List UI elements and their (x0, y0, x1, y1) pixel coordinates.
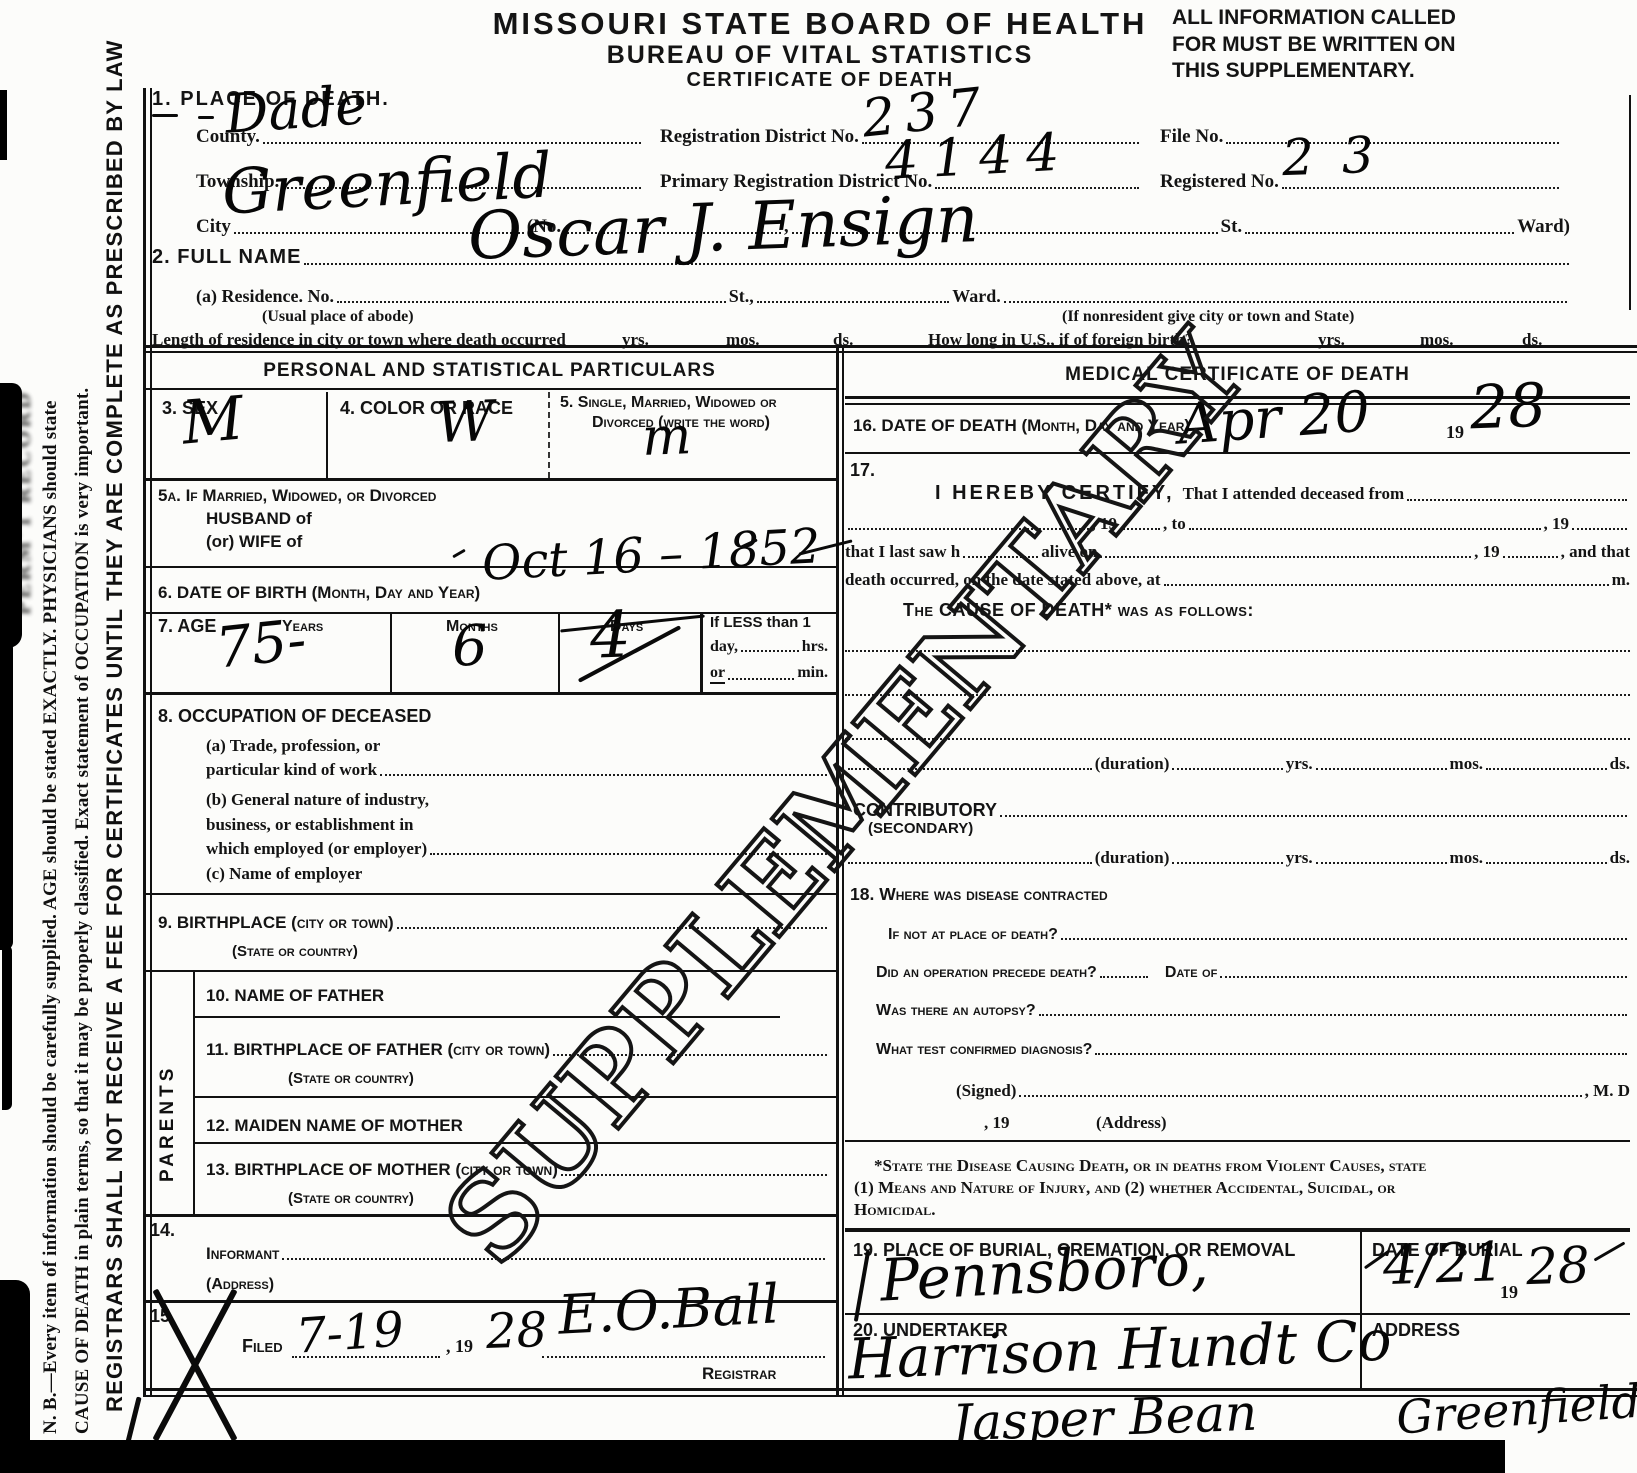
duration2-lead-field (848, 860, 1092, 864)
duration2-yrs-label: yrs. (1286, 848, 1313, 868)
signed-address-label: (Address) (1096, 1113, 1167, 1133)
cause-of-death-label: The CAUSE OF DEATH* was as follows: (903, 600, 1254, 621)
registration-district-label: Registration District No. (660, 126, 859, 148)
contributory-field (1000, 813, 1627, 817)
occupation-b-line3: which employed (or employer) (206, 839, 427, 859)
secondary-label: (SECONDARY) (868, 820, 973, 837)
certify-19-a: , 19 (1092, 514, 1118, 534)
ds-label: ds. (833, 330, 853, 350)
cause-field-line2 (845, 676, 1630, 696)
father-name-label: 10. NAME OF FATHER (206, 986, 384, 1006)
burial-year-value: 28 (1525, 1243, 1590, 1290)
occupation-a-field (380, 772, 827, 776)
pen-mark (152, 114, 178, 117)
divider (143, 1214, 836, 1217)
occupation-heading: 8. OCCUPATION OF DECEASED (158, 706, 431, 727)
occupation-b-line2: business, or establishment in (206, 815, 414, 835)
scan-artifact (0, 1280, 30, 1460)
less-min-field (728, 676, 794, 680)
age-label: 7. AGE (158, 616, 216, 637)
residence-st-label: St., (729, 286, 754, 307)
scan-artifact (0, 383, 22, 648)
divider (143, 351, 1637, 353)
full-name-label: 2. FULL NAME (152, 246, 301, 269)
not-at-place-label: If not at place of death? (888, 926, 1058, 944)
scan-artifact-bottom-bar (0, 1440, 1505, 1473)
cell-divider (558, 614, 560, 692)
duration-mos-label: mos. (1450, 754, 1484, 774)
duration-ds-field (1486, 766, 1607, 770)
residence-label: (a) Residence. No. (196, 286, 334, 307)
divider (195, 1096, 836, 1098)
yrs-label-2: yrs. (1318, 330, 1345, 350)
operation-label: Did an operation precede death? (876, 964, 1097, 982)
divider (195, 1142, 836, 1144)
footnote-line2: (1) Means and Nature of Injury, and (2) … (854, 1178, 1395, 1198)
father-birthplace-label: 11. BIRTHPLACE OF FATHER (city or town) (206, 1040, 550, 1060)
mos-label: mos. (726, 330, 760, 350)
certify-year-b-field (1572, 526, 1627, 530)
informant-address-label: (Address) (206, 1276, 274, 1294)
death-certificate-scan: SUPPLEMENTARY PERM'T RECORD N. B.—Every … (0, 0, 1637, 1473)
page-subtitle: BUREAU OF VITAL STATISTICS (470, 41, 1170, 70)
duration2-label: (duration) (1095, 848, 1170, 868)
column-divider-inner (842, 348, 844, 1396)
mother-birthplace-label: 13. BIRTHPLACE OF MOTHER (city or town) (206, 1160, 558, 1180)
duration2-yrs-field (1172, 860, 1282, 864)
cause-field-line1 (845, 632, 1630, 652)
filed-year-value: 28 (485, 1309, 548, 1354)
date-of-death-year-printed: 19 (1446, 422, 1464, 443)
date-of-death-value: Apr 20 (1176, 387, 1371, 451)
primary-district-value: 4144 (884, 129, 1075, 186)
certify-year-c-field (1503, 554, 1558, 558)
date-of-birth-value: Oct 16 – 1852 (481, 525, 821, 586)
signed-field (1019, 1093, 1581, 1097)
cause-field-line3 (845, 720, 1630, 740)
duration2-ds-field (1486, 860, 1607, 864)
father-birthplace-state-label: (State or country) (288, 1070, 414, 1087)
certify-to-label: , to (1163, 514, 1186, 534)
footnote-line1: *State the Disease Causing Death, or in … (874, 1156, 1426, 1176)
less-hrs-label: hrs. (802, 638, 828, 656)
age-years-value: 75- (214, 615, 309, 675)
last-saw-field (963, 554, 1038, 558)
duration-yrs-field (1172, 766, 1282, 770)
pen-mark (1594, 1241, 1626, 1261)
divider (143, 692, 836, 695)
margin-note-nb-2: CAUSE OF DEATH in plain terms, so that i… (72, 388, 94, 1434)
filed-date-value: 7-19 (295, 1308, 406, 1359)
divider (845, 1140, 1630, 1142)
birthplace-state-label: (State or country) (232, 943, 358, 960)
duration2-mos-label: mos. (1450, 848, 1484, 868)
divider (143, 478, 836, 481)
duration2-mos-field (1316, 860, 1447, 864)
margin-note-nb-1: N. B.—Every item of information should b… (40, 400, 62, 1434)
signed-year-label: , 19 (984, 1113, 1010, 1133)
footnote-line3: Homicidal. (854, 1200, 935, 1220)
informant-label: Informant (206, 1244, 279, 1264)
city-st-label: St. (1221, 216, 1243, 238)
residence-st-field (757, 299, 949, 303)
disease-contracted-label: 18. Where was disease contracted (850, 884, 1108, 905)
less-day-label: day, (710, 638, 738, 656)
test-confirmed-label: What test confirmed diagnosis? (876, 1041, 1092, 1059)
last-saw-label: that I last saw h (845, 542, 960, 562)
birthplace-label: 9. BIRTHPLACE (city or town) (158, 913, 394, 933)
registrar-label: Registrar (702, 1364, 776, 1384)
certify-number: 17. (850, 460, 875, 481)
m-label: m. (1612, 570, 1630, 590)
informant-number: 14. (150, 1220, 175, 1241)
filed-year-printed: , 19 (446, 1336, 473, 1357)
file-no-label: File No. (1160, 126, 1223, 148)
residence-no-field (337, 299, 726, 303)
form-name: CERTIFICATE OF DEATH (470, 69, 1170, 92)
date-of-burial-value: 4/21 (1382, 1238, 1505, 1291)
and-that-label: , and that (1561, 542, 1630, 562)
informant-field (282, 1256, 825, 1260)
full-name-value: Oscar J. Ensign (467, 189, 979, 266)
certify-bold-label: I HEREBY CERTIFY, (935, 482, 1175, 505)
operation-date-label: Date of (1165, 964, 1217, 982)
wife-of-label: (or) WIFE of (206, 532, 302, 552)
county-value: Dade (223, 81, 368, 139)
operation-date-field (1220, 974, 1627, 978)
cell-divider (548, 392, 550, 478)
certify-from-field (1407, 497, 1627, 501)
color-race-value: W (435, 397, 494, 449)
parents-box-divider (193, 970, 195, 1216)
mother-birthplace-field (561, 1172, 827, 1176)
certify-rest-label: That I attended deceased from (1183, 484, 1405, 504)
sex-value: M (180, 391, 246, 450)
if-married-label: 5a. If Married, Widowed, or Divorced (158, 486, 436, 506)
form-left-border-inner (150, 88, 152, 1396)
abode-note: (Usual place of abode) (262, 308, 414, 326)
birthplace-field (397, 925, 827, 929)
cell-divider (326, 392, 328, 478)
undertaker-value: Harrison Hundt Co (847, 1317, 1392, 1386)
age-months-value: 6 (451, 621, 488, 673)
if-less-label: If LESS than 1 (710, 614, 811, 631)
certify-to-date-field (1189, 526, 1541, 530)
date-of-birth-label: 6. DATE OF BIRTH (Month, Day and Year) (158, 583, 480, 603)
filed-label: Filed (242, 1336, 283, 1357)
place-of-burial-value: Pennsboro, (879, 1237, 1210, 1306)
date-of-death-label: 16. DATE OF DEATH (Month, Day and Year) (853, 416, 1190, 436)
father-birthplace-field (553, 1052, 827, 1056)
column-divider (836, 348, 839, 1396)
divider-heavy (845, 1228, 1630, 1232)
personal-particulars-heading: PERSONAL AND STATISTICAL PARTICULARS (143, 360, 836, 382)
city-ward-label: Ward) (1517, 216, 1570, 238)
certify-from-date-field (848, 526, 1089, 530)
occupation-b-field (430, 851, 827, 855)
autopsy-label: Was there an autopsy? (876, 1002, 1036, 1020)
less-or-label: or (710, 664, 725, 684)
duration-lead-field (848, 766, 1092, 770)
scan-artifact (0, 640, 13, 950)
registered-no-value: 23 (1281, 132, 1402, 181)
date-of-death-year-value: 28 (1469, 379, 1547, 436)
less-min-label: min. (797, 664, 828, 682)
duration-mos-field (1316, 766, 1447, 770)
contributory-label: CONTRIBUTORY (853, 800, 997, 821)
header-side-note-line1: ALL INFORMATION CALLED (1172, 6, 1456, 30)
death-occurred-label: death occurred, on the date stated above… (845, 570, 1161, 590)
cell-divider (390, 614, 392, 692)
length-of-residence-label: Length of residence in city or town wher… (152, 330, 566, 350)
registered-no-label: Registered No. (1160, 171, 1279, 193)
duration-yrs-label: yrs. (1286, 754, 1313, 774)
undertaker-place-signature: Greenfield Mo (1395, 1374, 1637, 1439)
residence-ward-label: Ward. (952, 286, 1001, 307)
mos-label-2: mos. (1420, 330, 1454, 350)
occupation-c-label: (c) Name of employer (206, 864, 362, 884)
certify-19-b: , 19 (1544, 514, 1570, 534)
certify-19-c: , 19 (1474, 542, 1500, 562)
margin-note-registrars-rule: REGISTRARS SHALL NOT RECEIVE A FEE FOR C… (102, 39, 128, 1412)
page-title: MISSOURI STATE BOARD OF HEALTH (470, 6, 1170, 42)
divider (143, 893, 836, 895)
divider (143, 970, 836, 972)
signed-label: (Signed) (956, 1081, 1016, 1101)
operation-field (1100, 974, 1148, 978)
scan-artifact (2, 945, 12, 1110)
not-at-place-field (1061, 936, 1627, 940)
header-side-note-line2: FOR MUST BE WRITTEN ON (1172, 33, 1455, 57)
registrar-signature: E.O.Ball (557, 1280, 781, 1340)
yrs-label: yrs. (622, 330, 649, 350)
alive-on-field (1100, 554, 1471, 558)
autopsy-field (1039, 1012, 1627, 1016)
occupation-a-line1: (a) Trade, profession, or (206, 736, 380, 756)
cell-divider (700, 614, 703, 692)
pen-mark (452, 549, 466, 559)
less-hrs-field (741, 648, 799, 652)
scan-artifact (0, 90, 7, 160)
occupation-b-line1: (b) General nature of industry, (206, 790, 429, 810)
husband-of-label: HUSBAND of (206, 509, 312, 529)
duration-label: (duration) (1095, 754, 1170, 774)
certify-year-a-field (1120, 526, 1160, 530)
marital-status-value: m (641, 413, 692, 461)
duration2-ds-label: ds. (1610, 848, 1630, 868)
md-label: , M. D (1585, 1081, 1630, 1101)
occupation-a-line2: particular kind of work (206, 760, 377, 780)
ds-label-2: ds. (1522, 330, 1542, 350)
form-left-border (143, 88, 146, 1396)
alive-on-label: alive on (1041, 542, 1097, 562)
duration-ds-label: ds. (1610, 754, 1630, 774)
nonresident-note: (If nonresident give city or town and St… (1062, 308, 1354, 326)
scan-artifact-edge-line (1629, 95, 1631, 310)
parents-vertical-label: PARENTS (157, 1065, 179, 1182)
mother-maiden-name-label: 12. MAIDEN NAME OF MOTHER (206, 1116, 463, 1136)
test-confirmed-field (1095, 1051, 1627, 1055)
header-side-note-line3: THIS SUPPLEMENTARY. (1172, 59, 1415, 83)
pen-mark (198, 116, 214, 119)
mother-birthplace-state-label: (State or country) (288, 1190, 414, 1207)
death-time-field (1164, 582, 1609, 586)
city-ward-field (1245, 230, 1514, 234)
undertaker-name-signature: Jasper Bean (951, 1391, 1258, 1447)
divider (195, 1016, 780, 1018)
residence-ward-field (1004, 299, 1567, 303)
how-long-us-label: How long in U.S., if of foreign birth? (928, 330, 1193, 350)
